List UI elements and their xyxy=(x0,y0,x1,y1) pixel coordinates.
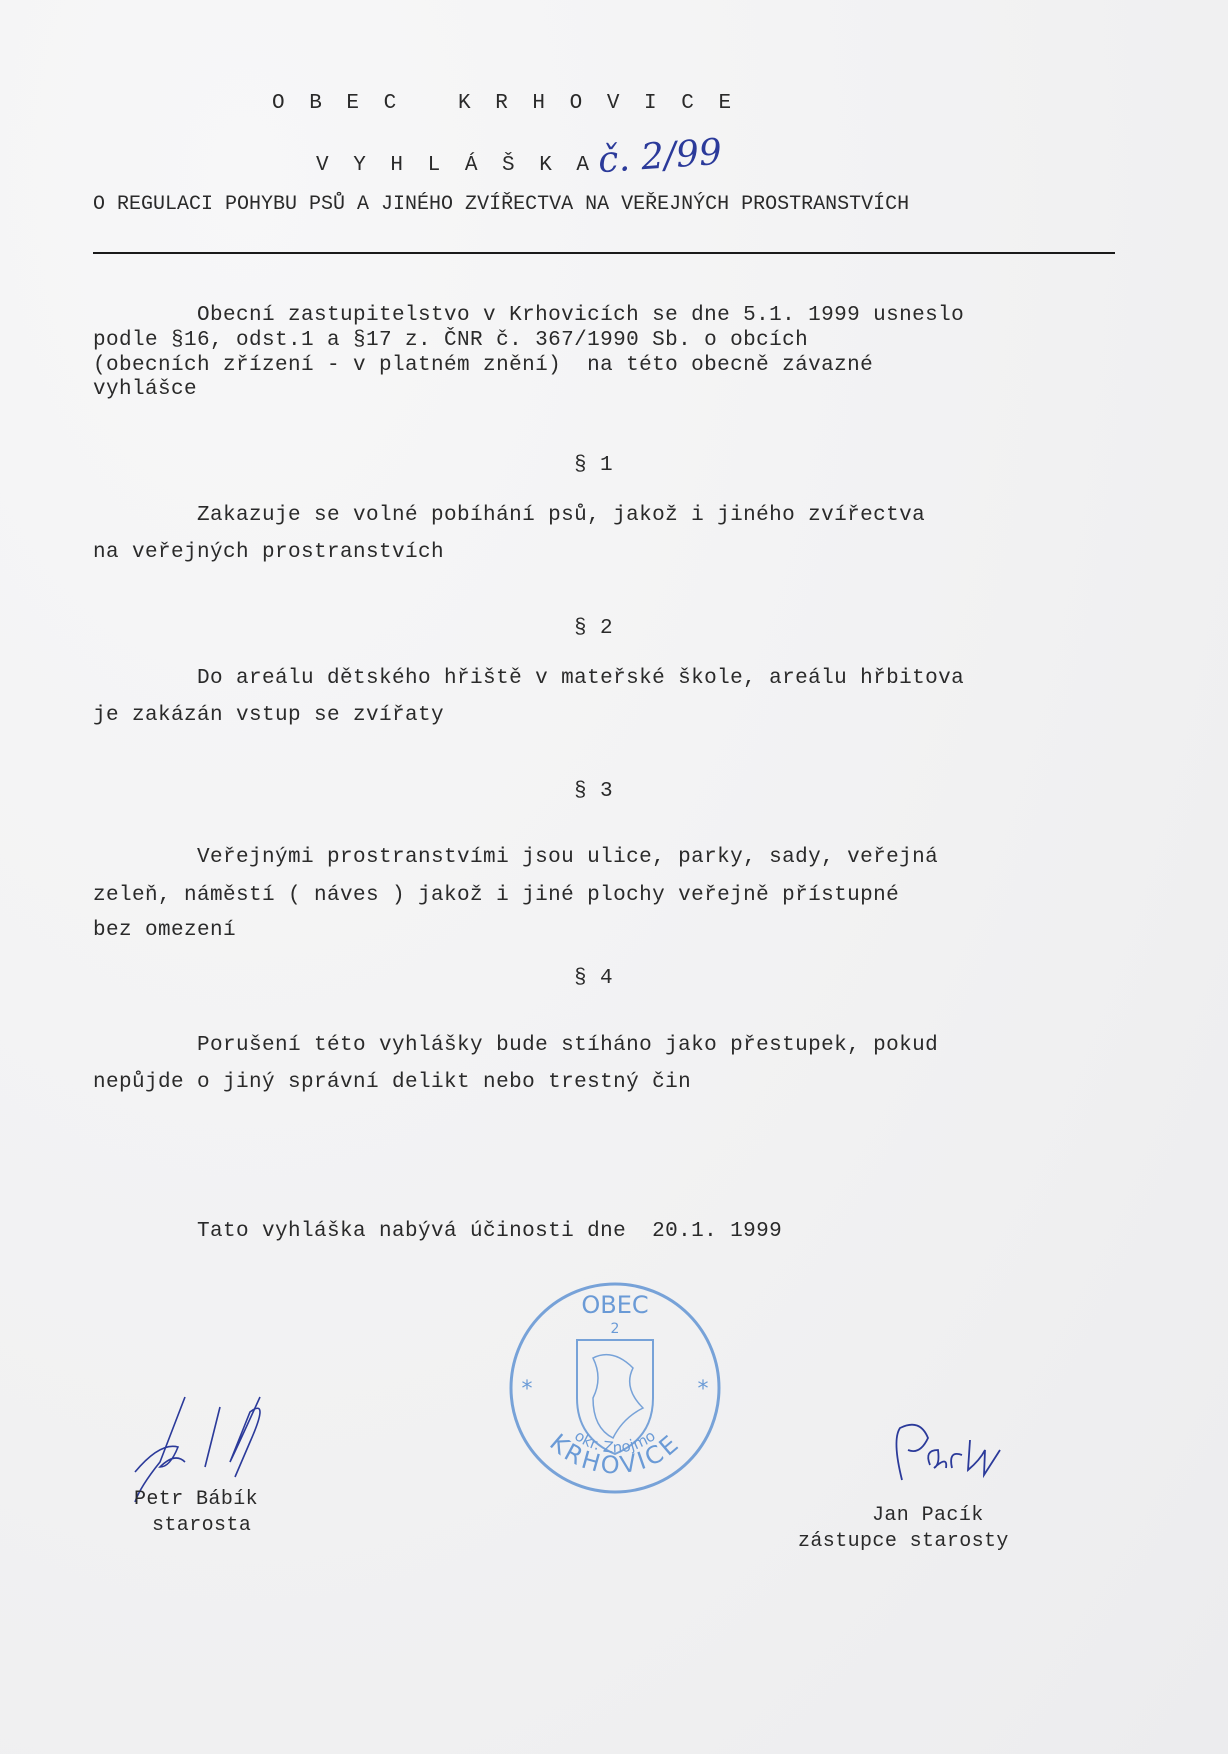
section-4-heading: § 4 xyxy=(574,967,613,990)
stamp-top-text: OBEC xyxy=(581,1291,648,1319)
svg-text:KRHOVICE: KRHOVICE xyxy=(544,1428,685,1479)
section-2-text: Do areálu dětského hřiště v mateřské ško… xyxy=(93,667,964,690)
document-page: O B E C K R H O V I C E V Y H L Á Š K A … xyxy=(0,0,1228,1754)
preamble-line: vyhlášce xyxy=(93,378,197,401)
preamble-line: (obecních zřízení - v platném znění) na … xyxy=(93,354,873,377)
preamble-line: Obecní zastupitelstvo v Krhovicích se dn… xyxy=(93,304,964,327)
section-4-text: Porušení této vyhlášky bude stíháno jako… xyxy=(93,1034,938,1057)
section-2-text: je zakázán vstup se zvířaty xyxy=(93,704,444,727)
section-3-heading: § 3 xyxy=(574,780,613,803)
section-2-heading: § 2 xyxy=(574,617,613,640)
preamble-line: podle §16, odst.1 a §17 z. ČNR č. 367/19… xyxy=(93,329,808,352)
stamp-star-left-icon: * xyxy=(522,1377,533,1402)
section-1-text: Zakazuje se volné pobíhání psů, jakož i … xyxy=(93,504,925,527)
municipal-stamp: OBEC 2 * * okr. Znojmo KRHOVICE xyxy=(505,1278,725,1498)
document-subject: O REGULACI POHYBU PSŮ A JINÉHO ZVÍŘECTVA… xyxy=(93,193,909,216)
section-4-text: nepůjde o jiný správní delikt nebo trest… xyxy=(93,1071,691,1094)
section-3-text: zeleň, náměstí ( náves ) jakož i jiné pl… xyxy=(93,884,899,907)
effective-date: Tato vyhláška nabývá účinosti dne 20.1. … xyxy=(93,1220,782,1243)
handwritten-decree-number: č. 2/99 xyxy=(597,132,723,182)
section-1-heading: § 1 xyxy=(574,454,613,477)
signatory-2-role: zástupce starosty xyxy=(798,1530,1009,1553)
signature-jan-pacik xyxy=(890,1420,1010,1490)
signatory-1-name: Petr Bábík xyxy=(134,1488,258,1511)
stamp-star-right-icon: * xyxy=(698,1377,709,1402)
signatory-2-name: Jan Pacík xyxy=(872,1504,984,1527)
section-3-text: Veřejnými prostranstvími jsou ulice, par… xyxy=(93,846,938,869)
section-1-text: na veřejných prostranstvích xyxy=(93,541,444,564)
title-divider xyxy=(93,252,1115,254)
stamp-bottom-text: KRHOVICE xyxy=(544,1428,685,1479)
signatory-1-role: starosta xyxy=(152,1514,251,1537)
stamp-number: 2 xyxy=(611,1321,620,1337)
section-3-text: bez omezení xyxy=(93,919,236,942)
signature-petr-babik xyxy=(130,1392,290,1502)
document-type-heading: V Y H L Á Š K A xyxy=(316,154,595,177)
municipality-heading: O B E C K R H O V I C E xyxy=(272,92,737,115)
